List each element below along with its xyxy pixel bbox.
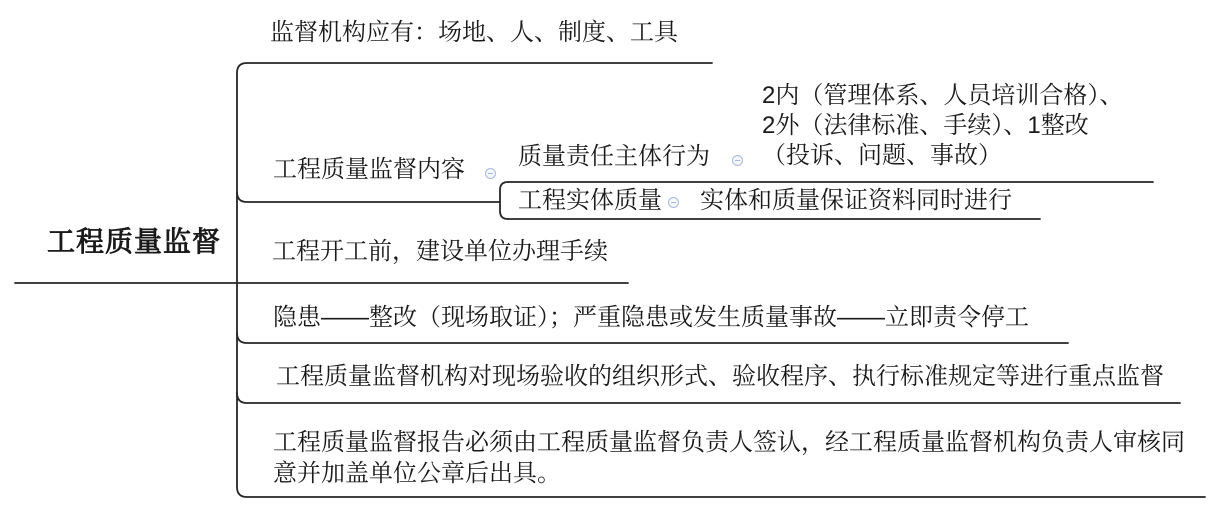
acceptance-underline (237, 393, 1180, 403)
collapse-icon[interactable] (485, 168, 496, 179)
topic-report-issuance[interactable]: 工程质量监督报告必须由工程质量监督负责人签认，经工程质量监督机构负责人审核同意并… (273, 427, 1198, 489)
behavior-detail-line-1: 2内（管理体系、人员培训合格）、 (762, 81, 1123, 111)
behavior-detail-line-2: 2外（法律标准、手续）、1整改 (762, 111, 1123, 141)
content-underline (237, 192, 500, 202)
topic-supervision-content[interactable]: 工程质量监督内容 (273, 158, 465, 182)
topic-subject-behavior[interactable]: 质量责任主体行为 (518, 145, 710, 169)
topic-entity-quality[interactable]: 工程实体质量 (518, 189, 662, 213)
child-bracket (500, 182, 508, 219)
topic-entity-quality-detail[interactable]: 实体和质量保证资料同时进行 (700, 189, 1012, 213)
topic-site-acceptance[interactable]: 工程质量监督机构对现场验收的组织形式、验收程序、执行标准规定等进行重点监督 (276, 365, 1164, 389)
collapse-icon[interactable] (732, 155, 743, 166)
collapse-icon[interactable] (668, 197, 679, 208)
hazard-underline (237, 333, 1068, 343)
behavior-detail-line-3: （投诉、问题、事故） (762, 141, 1123, 171)
topic-supervision-requirements[interactable]: 监督机构应有：场地、人、制度、工具 (270, 21, 678, 45)
topic-before-construction[interactable]: 工程开工前，建设单位办理手续 (272, 240, 608, 264)
topic-hazard-handling[interactable]: 隐患——整改（现场取证）；严重隐患或发生质量事故——立即责令停工 (273, 306, 1029, 330)
topic-behavior-detail[interactable]: 2内（管理体系、人员培训合格）、 2外（法律标准、手续）、1整改 （投诉、问题、… (762, 81, 1123, 171)
root-topic[interactable]: 工程质量监督 (47, 228, 221, 256)
mindmap-canvas: 工程质量监督 监督机构应有：场地、人、制度、工具 工程质量监督内容 质量责任主体… (0, 0, 1221, 514)
